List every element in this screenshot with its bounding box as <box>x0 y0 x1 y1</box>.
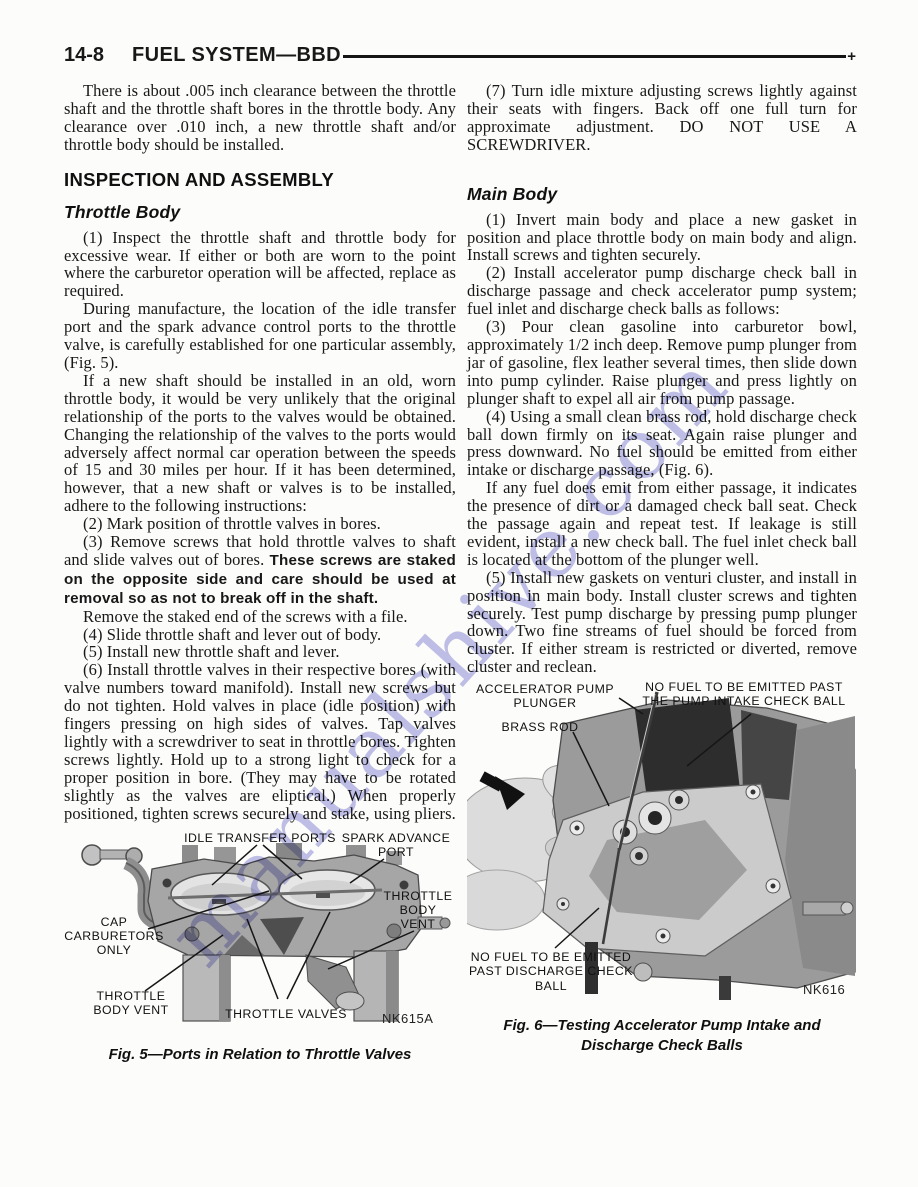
fig6-label-brass-rod: BRASS ROD <box>495 720 585 734</box>
paragraph-step3: (3) Remove screws that hold throttle val… <box>64 533 456 608</box>
section-heading: INSPECTION AND ASSEMBLY <box>64 169 456 191</box>
right-column: (7) Turn idle mixture adjusting screws l… <box>467 82 857 1055</box>
fig5-label-idle-transfer-ports: IDLE TRANSFER PORTS <box>180 831 340 845</box>
manual-page: manualshive.com 14-8 FUEL SYSTEM—BBD + T… <box>0 0 918 1187</box>
fig6-code: NK616 <box>803 982 845 997</box>
paragraph-step6: (6) Install throttle valves in their res… <box>64 661 456 822</box>
paragraph-intro: There is about .005 inch clearance betwe… <box>64 82 456 154</box>
paragraph-during-manufacture: During manufacture, the location of the … <box>64 300 456 372</box>
paragraph-mb-step4: (4) Using a small clean brass rod, hold … <box>467 408 857 480</box>
paragraph-step1: (1) Inspect the throttle shaft and throt… <box>64 229 456 301</box>
page-title: FUEL SYSTEM—BBD <box>132 44 341 67</box>
figure-6: ACCELERATOR PUMP PLUNGER NO FUEL TO BE E… <box>467 680 857 1000</box>
fig5-label-throttle-body-vent-left: THROTTLE BODY VENT <box>86 989 176 1018</box>
fig5-caption: Fig. 5—Ports in Relation to Throttle Val… <box>64 1045 456 1065</box>
paragraph-mb-step3: (3) Pour clean gasoline into carburetor … <box>467 318 857 408</box>
fig6-label-no-fuel-intake: NO FUEL TO BE EMITTED PAST THE PUMP INTA… <box>635 680 853 709</box>
paragraph-step7: (7) Turn idle mixture adjusting screws l… <box>467 82 857 154</box>
paragraph-step2: (2) Mark position of throttle valves in … <box>64 515 456 533</box>
fig5-label-throttle-valves: THROTTLE VALVES <box>216 1007 356 1021</box>
plus-mark: + <box>847 48 856 65</box>
paragraph-remove-staked: Remove the staked end of the screws with… <box>64 608 456 626</box>
fig6-caption: Fig. 6—Testing Accelerator Pump Intake a… <box>497 1016 827 1055</box>
paragraph-fuel-emit: If any fuel does emit from either passag… <box>467 479 857 569</box>
paragraph-mb-step2: (2) Install accelerator pump discharge c… <box>467 264 857 318</box>
fig5-code: NK615A <box>382 1011 433 1026</box>
fig5-label-cap-carburetors-only: CAP CARBURETORS ONLY <box>64 915 164 958</box>
subheading-main-body: Main Body <box>467 184 857 205</box>
fig6-label-no-fuel-discharge: NO FUEL TO BE EMITTED PAST DISCHARGE CHE… <box>467 950 635 993</box>
paragraph-new-shaft: If a new shaft should be installed in an… <box>64 372 456 515</box>
header-rule <box>343 55 846 58</box>
paragraph-step5: (5) Install new throttle shaft and lever… <box>64 643 456 661</box>
fig5-label-throttle-body-vent-right: THROTTLE BODY VENT <box>382 889 454 932</box>
page-number: 14-8 <box>64 44 104 67</box>
fig5-label-spark-advance-port: SPARK ADVANCE PORT <box>340 831 452 860</box>
left-column: There is about .005 inch clearance betwe… <box>64 82 456 1064</box>
subheading-throttle-body: Throttle Body <box>64 202 456 223</box>
figure-5: IDLE TRANSFER PORTS SPARK ADVANCE PORT T… <box>64 831 456 1031</box>
paragraph-step4: (4) Slide throttle shaft and lever out o… <box>64 626 456 644</box>
paragraph-mb-step5: (5) Install new gaskets on venturi clust… <box>467 569 857 676</box>
paragraph-mb-step1: (1) Invert main body and place a new gas… <box>467 211 857 265</box>
page-header: 14-8 FUEL SYSTEM—BBD + <box>64 44 856 67</box>
fig6-label-accelerator-pump-plunger: ACCELERATOR PUMP PLUNGER <box>469 682 621 711</box>
